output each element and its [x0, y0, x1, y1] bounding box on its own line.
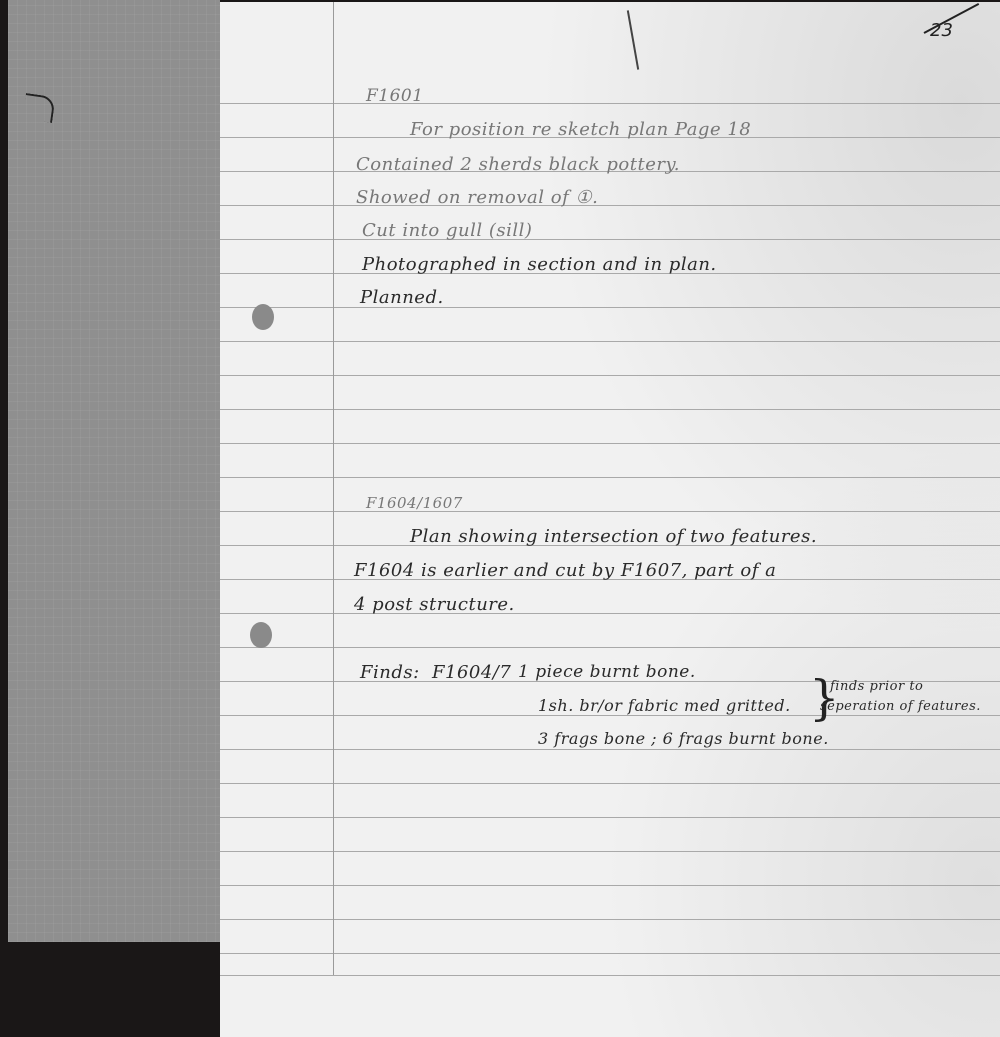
ruled-line: [220, 205, 1000, 206]
note-line: Photographed in section and in plan.: [362, 254, 717, 275]
section-heading: F1601: [366, 86, 424, 106]
ruled-line: [220, 885, 1000, 886]
ruled-line: [220, 817, 1000, 818]
note-line: Plan showing intersection of two feature…: [410, 526, 817, 547]
note-line: For position re sketch plan Page 18: [410, 119, 751, 140]
bracket-note: seperation of features.: [820, 699, 981, 714]
ruled-line: [220, 715, 1000, 716]
find-item: 1sh. br/or fabric med gritted.: [538, 696, 791, 715]
ruled-line: [220, 341, 1000, 342]
note-line: Planned.: [360, 287, 444, 308]
ruled-line: [220, 375, 1000, 376]
punch-hole: [252, 304, 274, 330]
pen-stroke: [627, 10, 639, 69]
find-item: 3 frags bone ; 6 frags burnt bone.: [538, 729, 829, 748]
ruled-line: [220, 851, 1000, 852]
notebook-page: 23 F1601 For position re sketch plan Pag…: [220, 2, 1000, 1037]
pen-mark: [22, 93, 55, 123]
note-line: 4 post structure.: [354, 594, 515, 615]
ruled-line: [220, 975, 1000, 976]
bracket-note: finds prior to: [830, 679, 923, 694]
finds-feature: F1604/7: [432, 662, 511, 683]
ruled-line: [220, 953, 1000, 954]
ruled-line: [220, 477, 1000, 478]
note-line: Contained 2 sherds black pottery.: [356, 154, 680, 175]
ruled-line: [220, 919, 1000, 920]
margin-line: [333, 2, 334, 975]
section-heading: F1604/1607: [366, 494, 463, 512]
note-line: Cut into gull (sill): [362, 220, 532, 241]
ruled-line: [220, 749, 1000, 750]
ruled-line: [220, 103, 1000, 104]
ruled-line: [220, 647, 1000, 648]
ruled-line: [220, 613, 1000, 614]
ruled-line: [220, 239, 1000, 240]
notebook-backing-board: [8, 0, 220, 942]
note-line: Showed on removal of ①.: [356, 187, 598, 208]
ruled-line: [220, 511, 1000, 512]
ruled-line: [220, 783, 1000, 784]
note-line: F1604 is earlier and cut by F1607, part …: [354, 560, 776, 581]
punch-hole: [250, 622, 272, 648]
ruled-line: [220, 409, 1000, 410]
ruled-line: [220, 443, 1000, 444]
find-item: 1 piece burnt bone.: [518, 662, 696, 682]
finds-label: Finds:: [360, 662, 420, 683]
ruled-line: [220, 307, 1000, 308]
